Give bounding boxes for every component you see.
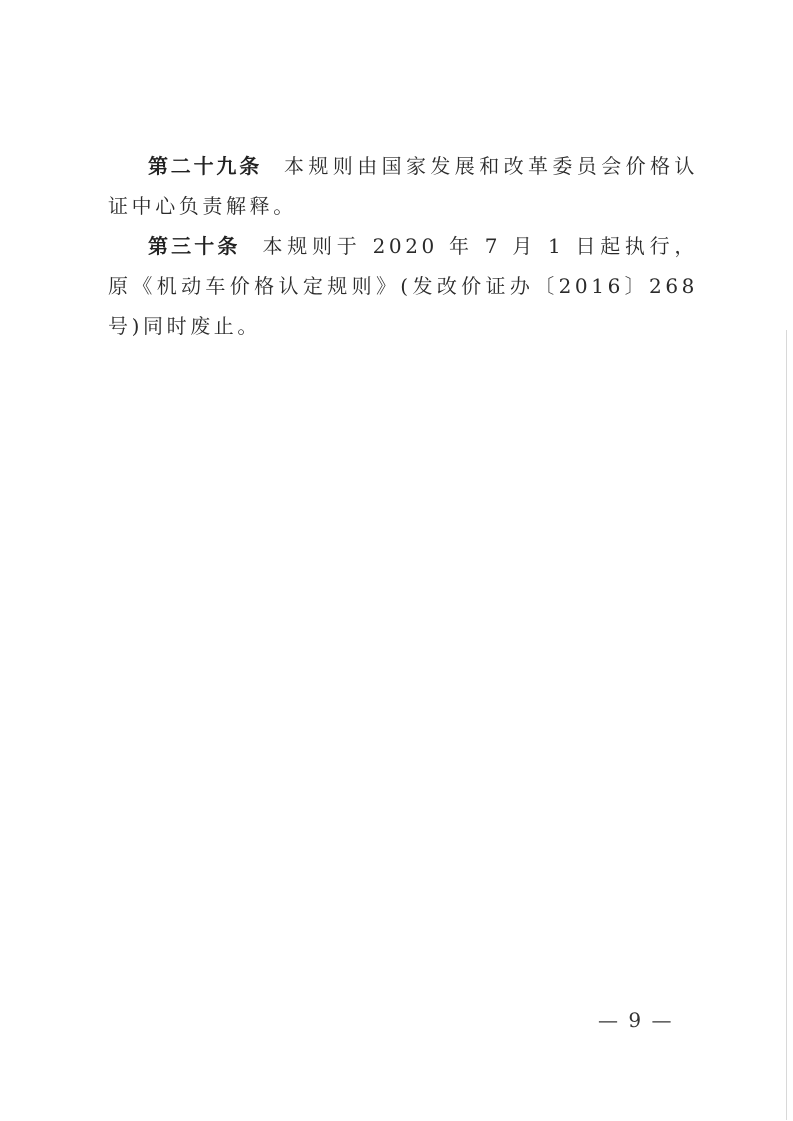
article-heading: 第三十条 — [148, 234, 241, 258]
article-30: 第三十条本规则于 2020 年 7 月 1 日起执行，原《机动车价格认定规则》(… — [108, 226, 698, 346]
document-page: 第二十九条本规则由国家发展和改革委员会价格认证中心负责解释。 第三十条本规则于 … — [0, 0, 793, 1121]
scan-edge-line — [786, 330, 787, 1120]
page-number: — 9 — — [598, 1008, 673, 1032]
article-heading: 第二十九条 — [148, 154, 262, 178]
article-29: 第二十九条本规则由国家发展和改革委员会价格认证中心负责解释。 — [108, 146, 698, 226]
